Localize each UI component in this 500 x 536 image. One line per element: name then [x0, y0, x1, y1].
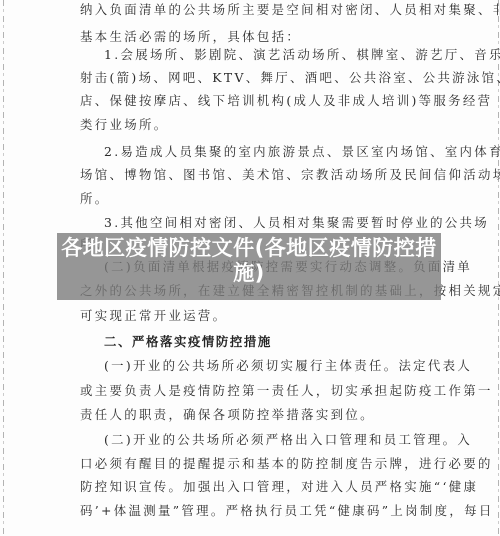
body-text-line: 可实现正常开业运营。	[80, 308, 227, 324]
list-item-3: 3.其他空间相对密闭、人员相对集聚需要暂时停业的公共场	[104, 215, 489, 231]
scan-left-edge	[3, 0, 4, 536]
body-text-line: 责任人的职责，确保各项防控举措落实到位。	[80, 407, 375, 423]
body-text-line: 防控知识宣传。加强出入口管理，对进入人员严格实施“‘健康	[80, 479, 478, 495]
overlay-title: 各地区疫情防控文件(各地区疫情防控措施)	[57, 236, 441, 286]
body-text-line: 类行业场所。	[80, 117, 168, 133]
list-item-2: 2.易造成人员集聚的室内旅游景点、景区室内场馆、室内体育	[104, 144, 500, 160]
scanned-document-page: 纳入负面清单的公共场所主要是空间相对密闭、人员相对集聚、非 基本生活必需的场所，…	[0, 0, 500, 536]
body-text-line: 纳入负面清单的公共场所主要是空间相对密闭、人员相对集聚、非	[80, 2, 500, 18]
body-text-line: 店、保健按摩店、线下培训机构(成人及非成人培训)等服务经营	[80, 93, 492, 109]
list-item-1: 1.会展场所、影剧院、演艺活动场所、棋牌室、游艺厅、音乐厅、	[104, 47, 500, 63]
paragraph-start: (一)开业的公共场所必须切实履行主体责任。法定代表人	[104, 358, 472, 374]
section-heading: 二、严格落实疫情防控措施	[104, 334, 272, 350]
body-text-line: 口必须有醒目的提醒提示和基本的防控制度告示牌，进行必要的	[80, 456, 493, 472]
body-text-line: 所。	[80, 191, 109, 207]
body-text-line: 射击(箭)场、网吧、KTV、舞厅、酒吧、公共浴室、公共游泳馆、足浴	[80, 70, 500, 86]
body-text-line: 或主要负责人是疫情防控第一责任人，切实承担起防疫工作第一	[80, 383, 493, 399]
body-text-line: 码’+体温测量”管理。严格执行员工凭“健康码”上岗制度，每日	[80, 503, 494, 519]
body-text-line: 场馆、博物馆、图书馆、美术馆、宗教活动场所及民间信仰活动场	[80, 167, 500, 183]
body-text-line: 基本生活必需的场所，具体包括：	[80, 29, 301, 45]
paragraph-start: (二)开业的公共场所必须严格出入口管理和员工管理。入	[104, 432, 472, 448]
